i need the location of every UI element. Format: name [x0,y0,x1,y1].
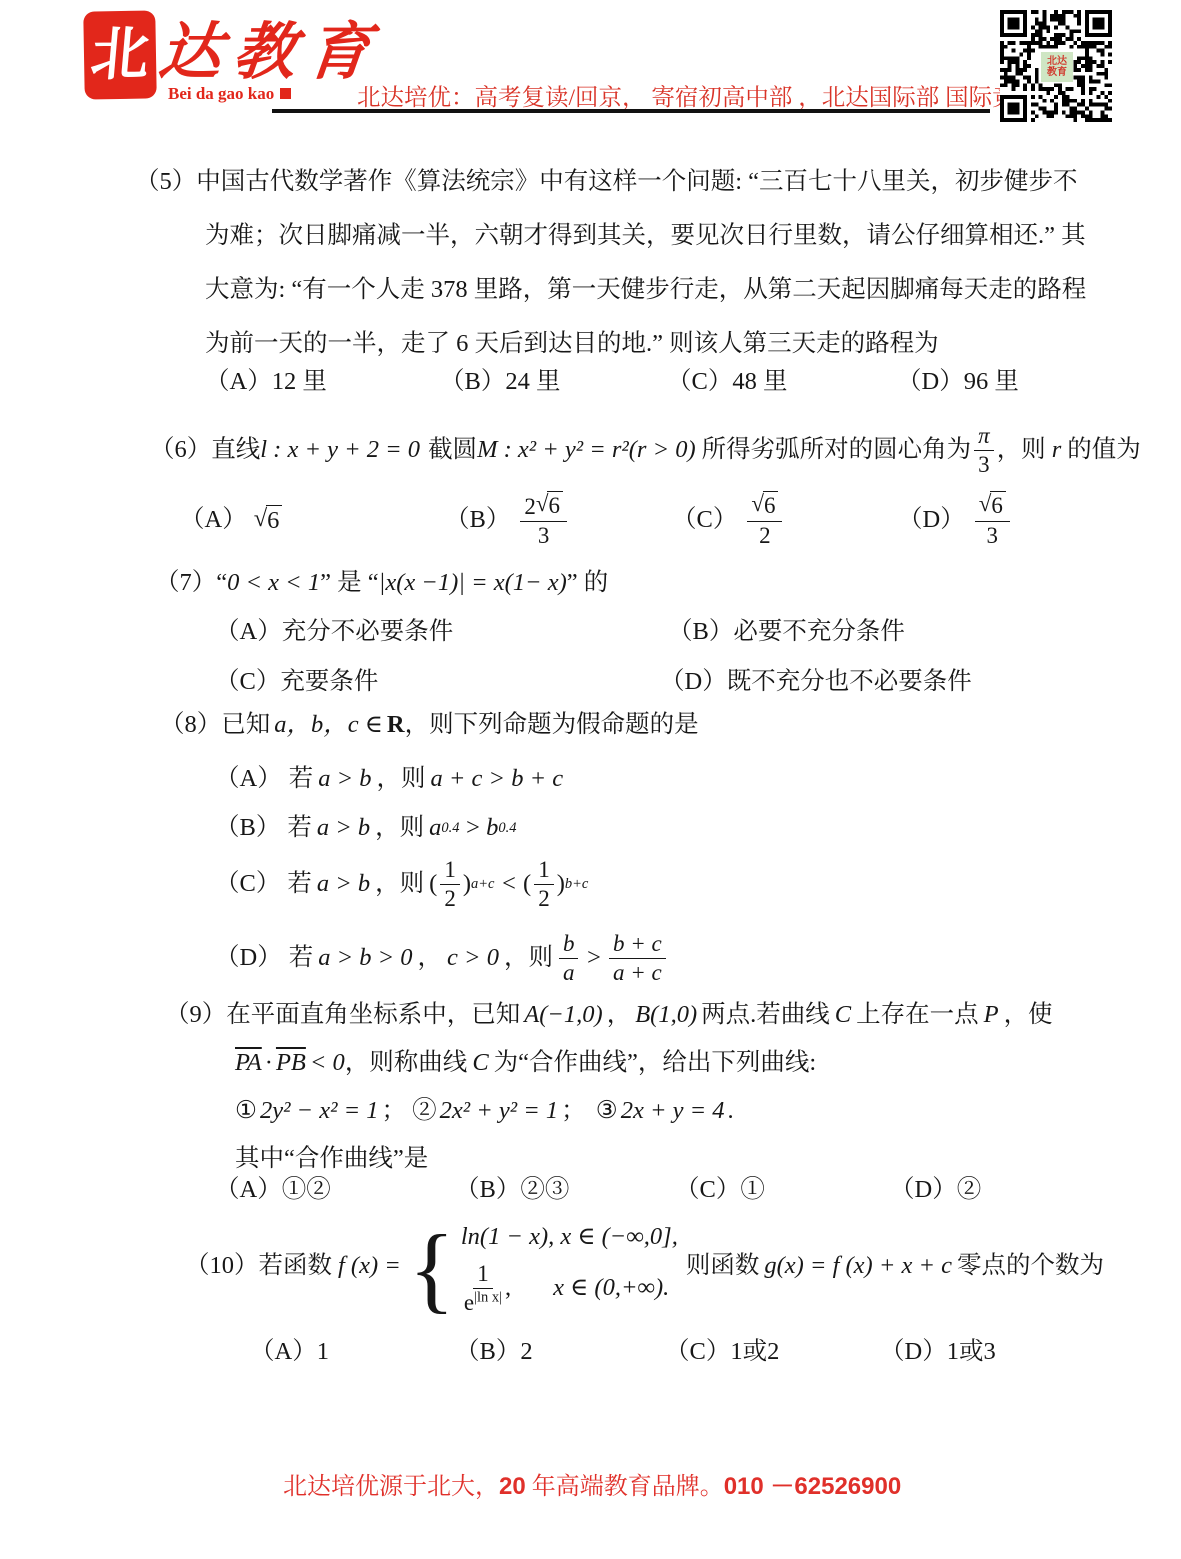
q5-line-4: 为前一天的一半，走了 6 天后到达目的地.” 则该人第三天走的路程为 [135,324,939,364]
q8-option-c: （C）若a > b，则 (12)a+c < (12)b+c [160,853,1160,915]
q10-piecewise: ln(1 − x), x ∈ (−∞,0], 1e|ln x| , x ∈ (0… [461,1217,678,1316]
q7-option-a: （A）充分不必要条件 [215,613,453,651]
q5-option-c: （C）48 里 [667,362,787,402]
q9-line-2: PA·PB< 0，则称曲线C为“合作曲线”，给出下列曲线: [165,1043,816,1083]
page: 北 达教育 Bei da gao kao 北达培优：高考复读/回京， 寄宿初高中… [0,0,1181,1559]
q6-frac-pi-3: π3 [974,423,994,478]
q10-stem: （10）若函数f (x) = { ln(1 − x), x ∈ (−∞,0], … [185,1218,1104,1314]
q9-option-c: （C）① [675,1170,765,1210]
q7-stem: （7）“0 < x < 1” 是 “|x(x −1)| = x(1− x)” 的 [155,563,608,603]
q8-number: （8） [160,711,221,738]
q10-option-c: （C）1或2 [665,1332,779,1372]
q6-option-d: （D） √6 3 [898,482,1013,558]
q10-options-row: （A）1 （B）2 （C）1或2 （D）1或3 [185,1332,1181,1372]
q10-frac: 1e|ln x| [464,1261,502,1316]
q5-line-2: 为难；次日脚痛减一半，六朝才得到其关，要见次日行里数，请公仔细算相还.” 其 [135,216,1086,256]
q9-option-d: （D）② [890,1170,981,1210]
q6-stem: （6）直线l : x + y + 2 = 0 截圆M : x² + y² = r… [150,418,1141,482]
q7-option-c: （C）充要条件 [215,663,378,701]
qr-center-label: 北达 教育 [1041,52,1073,82]
q6-option-b: （B） 2√6 3 [445,482,570,558]
q9-option-b: （B）②③ [455,1170,569,1210]
q9-line-3: ①2y² − x² = 1； ②2x² + y² = 1； ③2x + y = … [165,1091,734,1131]
question-6: （6）直线l : x + y + 2 = 0 截圆M : x² + y² = r… [150,418,1141,482]
q8-option-a: （A）若a > b，则a + c > b + c [160,760,1160,798]
q6-number: （6） [150,430,211,470]
q5-number: （5） [135,168,196,195]
q9-line-1: （9）在平面直角坐标系中，已知A(−1,0)，B(1,0)两点.若曲线C上存在一… [165,995,1053,1035]
q9-number: （9） [165,1001,226,1028]
q9-options-row: （A）①② （B）②③ （C）① （D）② [165,1170,1165,1210]
q8-stem: （8）已知a，b，c ∈R，则下列命题为假命题的是 [160,705,699,745]
q5-line-3: 大意为: “有一个人走 378 里路，第一天健步行走，从第二天起因脚痛每天走的路… [135,270,1086,310]
q7-option-b: （B）必要不充分条件 [668,613,905,651]
q10-number: （10） [185,1246,259,1286]
q6-option-c: （C） √6 2 [672,482,785,558]
q5-option-a: （A）12 里 [205,362,327,402]
q7-number: （7） [155,569,216,596]
header-tagline: 北达培优：高考复读/回京， 寄宿初高中部 ，北达国际部 国际竞赛部 [357,78,1063,112]
q10-option-a: （A）1 [250,1332,329,1372]
footer: 北达培优源于北大，20 年高端教育品牌。010 －62526900 [283,1466,901,1501]
q9-option-a: （A）①② [215,1170,331,1210]
q10-option-b: （B）2 [455,1332,533,1372]
q6-options-row: （A） √6 （B） 2√6 3 （C） √6 2 （D） √ [150,482,1150,558]
q5-line-1: （5）中国古代数学著作《算法统宗》中有这样一个问题: “三百七十八里关，初步健步… [135,162,1078,202]
q8-option-d: （D）若a > b > 0，c > 0，则 ba > b + ca + c [160,927,1160,989]
q7-option-d: （D）既不充分也不必要条件 [660,663,972,701]
q6-b-frac: 2√6 3 [520,491,567,548]
header-rule [272,109,990,113]
q7-options-row-2: （C）充要条件 （D）既不充分也不必要条件 [155,663,1155,701]
q10-brace: { [409,1231,455,1308]
q6-c-frac: √6 2 [747,491,782,548]
q8-option-b: （B）若a > b，则 a0.4 > b0.4 [160,808,1160,848]
brand-subtitle: Bei da gao kao [168,84,291,104]
logo-stamp-icon: 北 [85,12,154,97]
q10-option-d: （D）1或3 [880,1332,996,1372]
q9-vector-pb: PB [276,1049,306,1076]
q7-options-row-1: （A）充分不必要条件 （B）必要不充分条件 [155,613,1155,651]
q5-options-row: （A）12 里 （B）24 里 （C）48 里 （D）96 里 [135,362,1135,402]
q5-option-b: （B）24 里 [440,362,560,402]
brand-script: 达教育 [155,2,386,91]
q6-a-sqrt: √6 [254,505,283,535]
question-10: （10）若函数f (x) = { ln(1 − x), x ∈ (−∞,0], … [185,1218,1104,1314]
q6-option-a: （A） √6 [180,482,282,558]
q9-vector-pa: PA [235,1049,262,1076]
logo-stamp-char: 北 [88,25,151,84]
qr-code: 北达 教育 [1000,10,1112,122]
brand-square-icon [280,88,291,99]
q5-option-d: （D）96 里 [897,362,1019,402]
q6-d-frac: √6 3 [975,491,1010,548]
